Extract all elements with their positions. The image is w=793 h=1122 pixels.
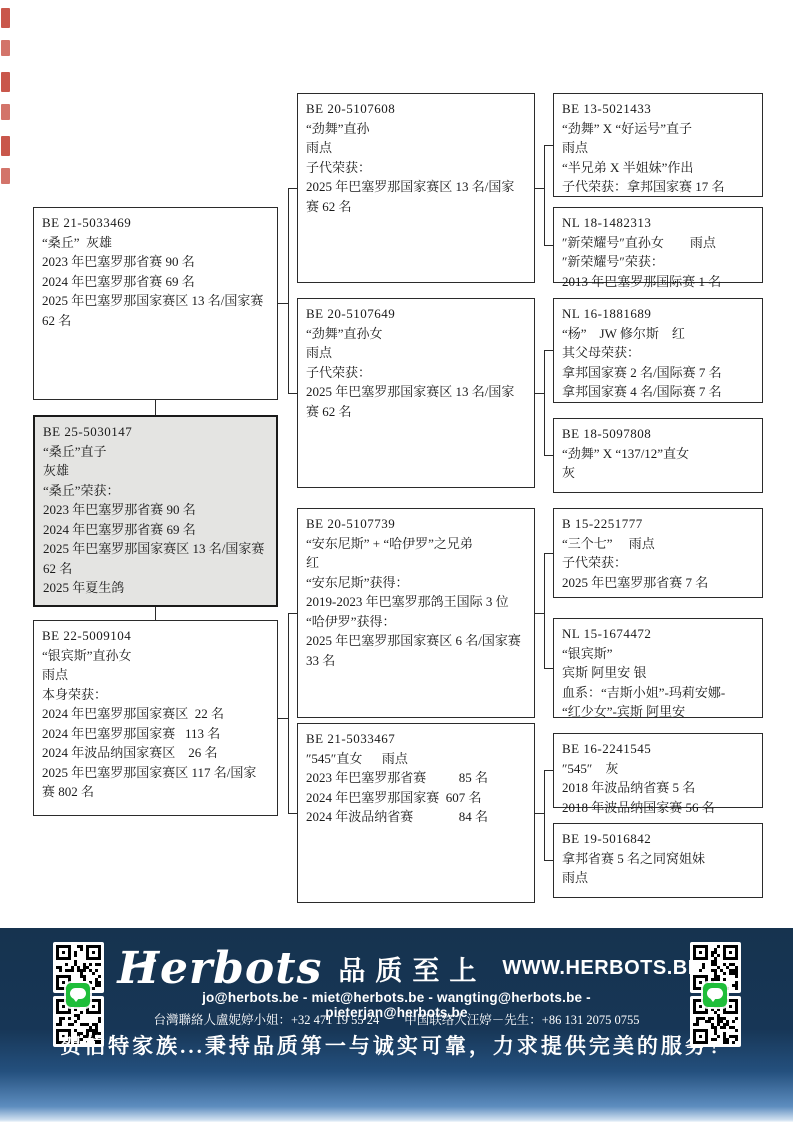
pedigree-box-ggp-2: NL 18-1482313″新荣耀号″直孙女 雨点″新荣耀号″荣获：2013 年… bbox=[553, 207, 763, 283]
pedigree-line: “银宾斯”直孙女 bbox=[42, 646, 269, 666]
pedigree-line: 灰雄 bbox=[43, 461, 268, 481]
ring-number: BE 13-5021433 bbox=[562, 99, 754, 119]
pedigree-line: ″新荣耀号″直孙女 雨点 bbox=[562, 233, 754, 253]
pedigree-line: “杨” JW 修尔斯 红 bbox=[562, 324, 754, 344]
pedigree-line: 拿邦国家赛 2 名/国际赛 7 名 bbox=[562, 363, 754, 383]
pedigree-box-dam: BE 22-5009104“银宾斯”直孙女雨点本身荣获：2024 年巴塞罗那国家… bbox=[33, 620, 278, 816]
pedigree-box-ggp-5: B 15-2251777“三个七” 雨点子代荣获：2025 年巴塞罗那省赛 7 … bbox=[553, 508, 763, 598]
footer-band: Herbots 品质至上 WWW.HERBOTS.BE jo@herbots.b… bbox=[0, 928, 793, 1122]
pedigree-line: 2025 年巴塞罗那省赛 7 名 bbox=[562, 573, 754, 593]
pedigree-line: 2019-2023 年巴塞罗那鸽王国际 3 位 bbox=[306, 592, 526, 612]
pedigree-line: 2018 年波品纳省赛 5 名 bbox=[562, 778, 754, 798]
pedigree-line: 灰 bbox=[562, 463, 754, 483]
pedigree-line: 2024 年波品纳省赛 84 名 bbox=[306, 807, 526, 827]
pedigree-line: 2024 年巴塞罗那省赛 69 名 bbox=[43, 520, 268, 540]
pedigree-box-granddam-paternal: BE 20-5107649“劲舞”直孙女雨点子代荣获：2025 年巴塞罗那国家赛… bbox=[297, 298, 535, 488]
ring-number: BE 19-5016842 bbox=[562, 829, 754, 849]
footer-slogan-cn: 品质至上 bbox=[338, 949, 486, 988]
pedigree-line: 血系：“吉斯小姐”-玛莉安娜- bbox=[562, 683, 754, 703]
pedigree-box-sire: BE 21-5033469“桑丘” 灰雄2023 年巴塞罗那省赛 90 名202… bbox=[33, 207, 278, 400]
ring-number: NL 18-1482313 bbox=[562, 213, 754, 233]
pedigree-line: 2023 年巴塞罗那省赛 85 名 bbox=[306, 768, 526, 788]
pedigree-line: 2025 年巴塞罗那国家赛区 117 名/国家赛 802 名 bbox=[42, 763, 269, 802]
pedigree-line: 子代荣获：拿邦国家赛 17 名 bbox=[562, 177, 754, 197]
pedigree-line: 2025 年巴塞罗那国家赛区 13 名/国家赛 62 名 bbox=[43, 539, 268, 578]
pedigree-line: 2025 年夏生鸽 bbox=[43, 578, 268, 598]
footer-logo-row: Herbots 品质至上 WWW.HERBOTS.BE bbox=[130, 942, 663, 994]
herbots-logo: Herbots bbox=[91, 943, 322, 994]
pedigree-line: 雨点 bbox=[562, 138, 754, 158]
footer-website: WWW.HERBOTS.BE bbox=[502, 957, 701, 980]
pedigree-line: “劲舞” X “137/12”直女 bbox=[562, 444, 754, 464]
red-seal-mark bbox=[1, 8, 10, 28]
pedigree-line: 拿邦国家赛 4 名/国际赛 7 名 bbox=[562, 382, 754, 402]
red-seal-mark bbox=[1, 136, 10, 156]
ring-number: BE 20-5107608 bbox=[306, 99, 526, 119]
pedigree-box-grandsire-maternal: BE 20-5107739“安东尼斯” + “哈伊罗”之兄弟红“安东尼斯”获得：… bbox=[297, 508, 535, 718]
pedigree-line: “哈伊罗”获得： bbox=[306, 612, 526, 632]
pedigree-line: 子代荣获： bbox=[306, 158, 526, 178]
pedigree-line: “劲舞”直孙女 bbox=[306, 324, 526, 344]
footer-tagline: 贺伯特家族...秉持品质第一与诚实可靠，力求提供完美的服务！ bbox=[40, 1030, 753, 1060]
ring-number: BE 25-5030147 bbox=[43, 422, 268, 442]
pedigree-line: “劲舞” X “好运号”直子 bbox=[562, 119, 754, 139]
pedigree-line: “安东尼斯”获得： bbox=[306, 573, 526, 593]
ring-number: NL 15-1674472 bbox=[562, 624, 754, 644]
pedigree-line: 宾斯 阿里安 银 bbox=[562, 663, 754, 683]
ring-number: BE 18-5097808 bbox=[562, 424, 754, 444]
pedigree-box-granddam-maternal: BE 21-5033467″545″直女 雨点2023 年巴塞罗那省赛 85 名… bbox=[297, 723, 535, 903]
pedigree-line: 2023 年巴塞罗那省赛 90 名 bbox=[43, 500, 268, 520]
pedigree-box-ggp-1: BE 13-5021433“劲舞” X “好运号”直子雨点“半兄弟 X 半姐妹”… bbox=[553, 93, 763, 197]
pedigree-line: 红 bbox=[306, 553, 526, 573]
footer-contacts: 台灣聯絡人盧妮婷小姐：+32 471 19 55 24 中国联络人汪婷－先生：+… bbox=[130, 1010, 663, 1028]
pedigree-line: ″545″ 灰 bbox=[562, 759, 754, 779]
ring-number: BE 16-2241545 bbox=[562, 739, 754, 759]
pedigree-line: 2024 年巴塞罗那国家赛 607 名 bbox=[306, 788, 526, 808]
pedigree-line: 2018 年波品纳国家赛 56 名 bbox=[562, 798, 754, 818]
pedigree-box-ggp-8: BE 19-5016842拿邦省赛 5 名之同窝姐妹雨点 bbox=[553, 823, 763, 898]
pedigree-line: 本身荣获： bbox=[42, 685, 269, 705]
pedigree-certificate-page: BE 21-5033469“桑丘” 灰雄2023 年巴塞罗那省赛 90 名202… bbox=[0, 0, 793, 1122]
line-app-icon bbox=[66, 983, 90, 1007]
pedigree-line: 雨点 bbox=[562, 868, 754, 888]
qr-panel-right bbox=[675, 942, 755, 1047]
red-seal-mark bbox=[1, 40, 10, 56]
pedigree-line: “桑丘”荣获： bbox=[43, 481, 268, 501]
pedigree-line: 雨点 bbox=[306, 138, 526, 158]
pedigree-line: 2025 年巴塞罗那国家赛区 13 名/国家赛 62 名 bbox=[306, 382, 526, 421]
pedigree-line: “安东尼斯” + “哈伊罗”之兄弟 bbox=[306, 534, 526, 554]
ring-number: NL 16-1881689 bbox=[562, 304, 754, 324]
pedigree-line: ″新荣耀号″荣获： bbox=[562, 252, 754, 272]
pedigree-line: 拿邦省赛 5 名之同窝姐妹 bbox=[562, 849, 754, 869]
pedigree-line: 2024 年波品纳国家赛区 26 名 bbox=[42, 743, 269, 763]
pedigree-line: 雨点 bbox=[42, 665, 269, 685]
pedigree-line: 2025 年巴塞罗那国家赛区 6 名/国家赛 33 名 bbox=[306, 631, 526, 670]
pedigree-line: “桑丘” 灰雄 bbox=[42, 233, 269, 253]
pedigree-line: “红少女”-宾斯 阿里安 bbox=[562, 702, 754, 722]
pedigree-line: 2024 年巴塞罗那国家赛 113 名 bbox=[42, 724, 269, 744]
pedigree-line: “银宾斯” bbox=[562, 644, 754, 664]
pedigree-box-ggp-6: NL 15-1674472“银宾斯”宾斯 阿里安 银血系：“吉斯小姐”-玛莉安娜… bbox=[553, 618, 763, 718]
pedigree-line: “桑丘”直子 bbox=[43, 442, 268, 462]
ring-number: BE 20-5107649 bbox=[306, 304, 526, 324]
pedigree-line: “半兄弟 X 半姐妹”作出 bbox=[562, 158, 754, 178]
ring-number: BE 20-5107739 bbox=[306, 514, 526, 534]
pedigree-line: 子代荣获： bbox=[306, 363, 526, 383]
ring-number: BE 22-5009104 bbox=[42, 626, 269, 646]
pedigree-line: 其父母荣获： bbox=[562, 343, 754, 363]
red-seal-mark bbox=[1, 104, 10, 120]
pedigree-box-ggp-3: NL 16-1881689“杨” JW 修尔斯 红其父母荣获：拿邦国家赛 2 名… bbox=[553, 298, 763, 403]
pedigree-line: “劲舞”直孙 bbox=[306, 119, 526, 139]
pedigree-line: 2025 年巴塞罗那国家赛区 13 名/国家赛 62 名 bbox=[306, 177, 526, 216]
pedigree-box-ggp-4: BE 18-5097808“劲舞” X “137/12”直女灰 bbox=[553, 418, 763, 493]
pedigree-line: 2025 年巴塞罗那国家赛区 13 名/国家赛 62 名 bbox=[42, 291, 269, 330]
pedigree-box-subject: BE 25-5030147“桑丘”直子灰雄“桑丘”荣获：2023 年巴塞罗那省赛… bbox=[33, 415, 278, 607]
pedigree-line: “三个七” 雨点 bbox=[562, 534, 754, 554]
red-seal-mark bbox=[1, 72, 10, 92]
wechat-app-icon bbox=[703, 983, 727, 1007]
pedigree-line: 雨点 bbox=[306, 343, 526, 363]
pedigree-line: 2024 年巴塞罗那省赛 69 名 bbox=[42, 272, 269, 292]
pedigree-box-grandsire-paternal: BE 20-5107608“劲舞”直孙雨点子代荣获：2025 年巴塞罗那国家赛区… bbox=[297, 93, 535, 283]
pedigree-line: 2013 年巴塞罗那国际赛 1 名 bbox=[562, 272, 754, 292]
pedigree-line: 子代荣获： bbox=[562, 553, 754, 573]
ring-number: B 15-2251777 bbox=[562, 514, 754, 534]
pedigree-box-ggp-7: BE 16-2241545″545″ 灰2018 年波品纳省赛 5 名2018 … bbox=[553, 733, 763, 808]
pedigree-line: 2024 年巴塞罗那国家赛区 22 名 bbox=[42, 704, 269, 724]
pedigree-line: 2023 年巴塞罗那省赛 90 名 bbox=[42, 252, 269, 272]
pedigree-line: ″545″直女 雨点 bbox=[306, 749, 526, 769]
red-seal-mark bbox=[1, 168, 10, 184]
ring-number: BE 21-5033469 bbox=[42, 213, 269, 233]
ring-number: BE 21-5033467 bbox=[306, 729, 526, 749]
